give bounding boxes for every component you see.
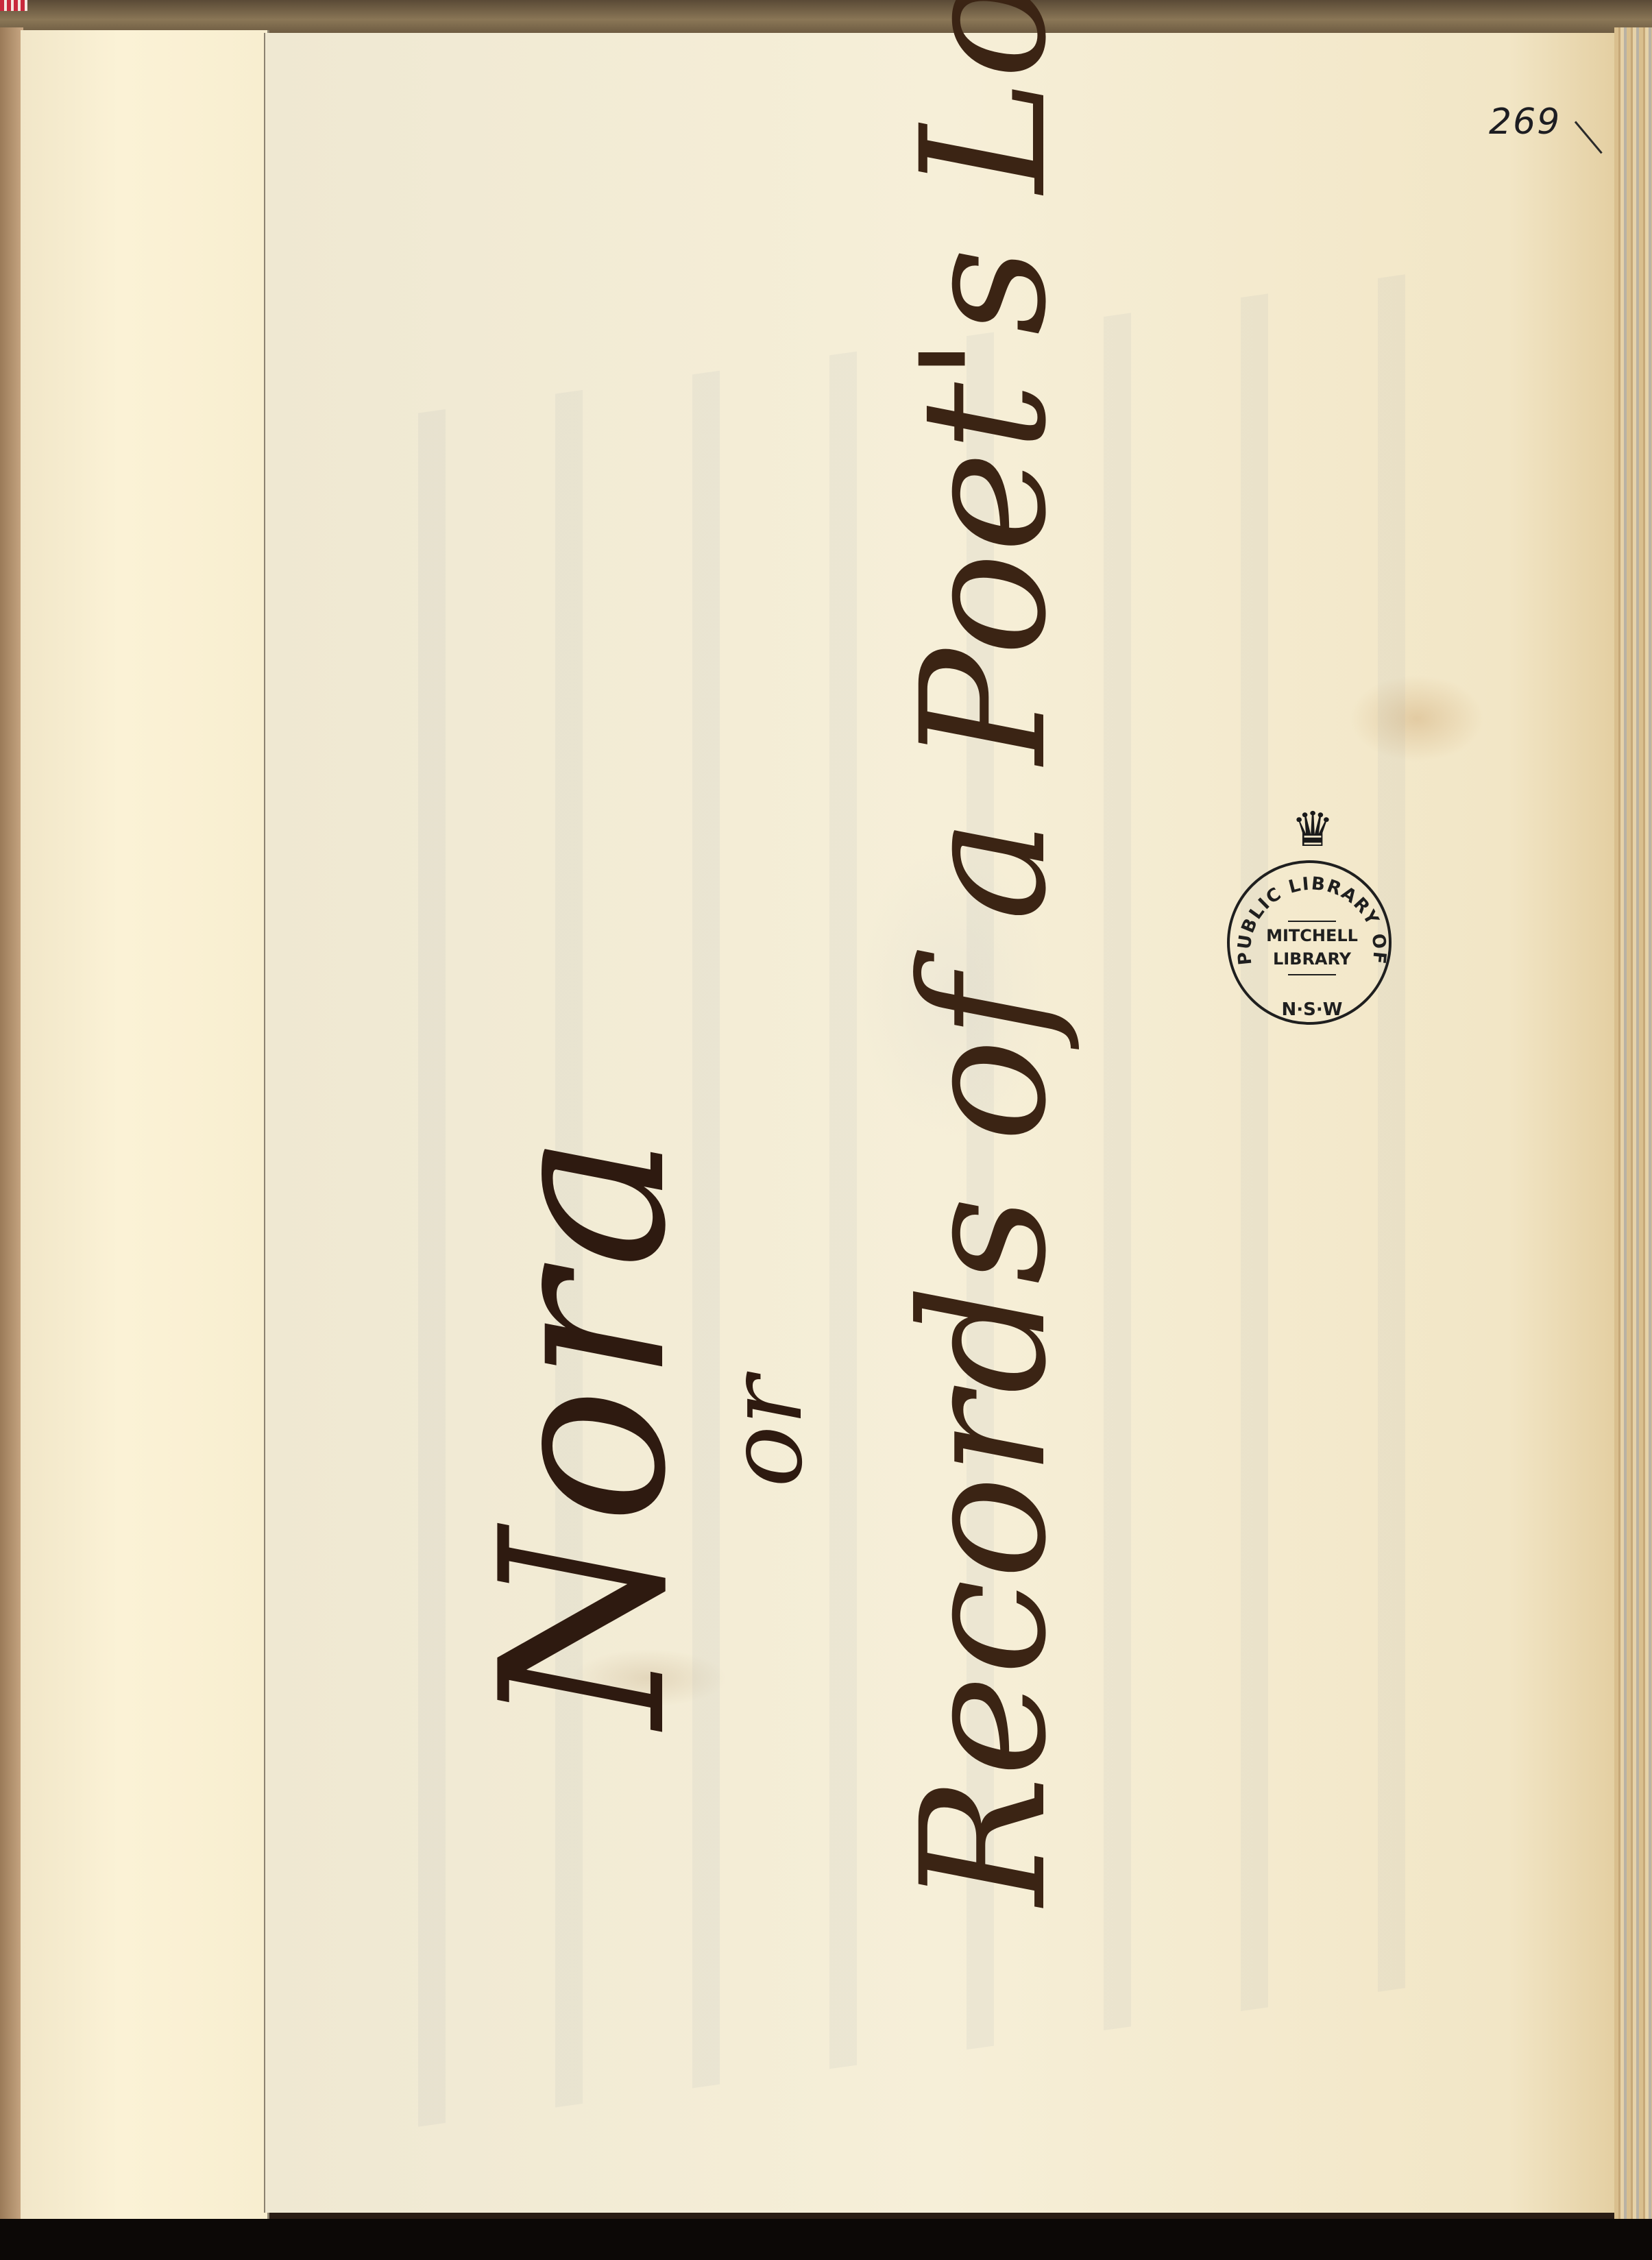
book-cover-edge <box>0 27 23 2260</box>
page-edges <box>1614 27 1652 2221</box>
stamp-divider <box>1288 921 1336 922</box>
title-conjunction: or <box>706 1376 825 1487</box>
library-stamp: ♛ PUBLIC LIBRARY OF N·S·W MITCHELL LIBRA… <box>1227 802 1398 1028</box>
stamp-ring-text: PUBLIC LIBRARY OF N·S·W <box>1230 863 1394 1028</box>
stamp-line-1: MITCHELL <box>1230 926 1394 945</box>
flyleaf-stub <box>21 30 269 2231</box>
svg-text:N·S·W: N·S·W <box>1282 999 1343 1020</box>
folio-number: 269 <box>1489 101 1561 143</box>
title-subtitle: Records of a Poet's Love <box>884 0 1084 1906</box>
stamp-divider <box>1288 974 1336 975</box>
background-shadow <box>0 2219 1652 2260</box>
stamp-seal: PUBLIC LIBRARY OF N·S·W MITCHELL LIBRARY <box>1227 860 1392 1025</box>
title-main: Nora <box>452 1128 716 1727</box>
bookmark-ribbon <box>0 0 27 11</box>
book-binding-top <box>0 0 1652 33</box>
crown-icon: ♛ <box>1282 802 1344 857</box>
stamp-line-2: LIBRARY <box>1230 949 1394 969</box>
